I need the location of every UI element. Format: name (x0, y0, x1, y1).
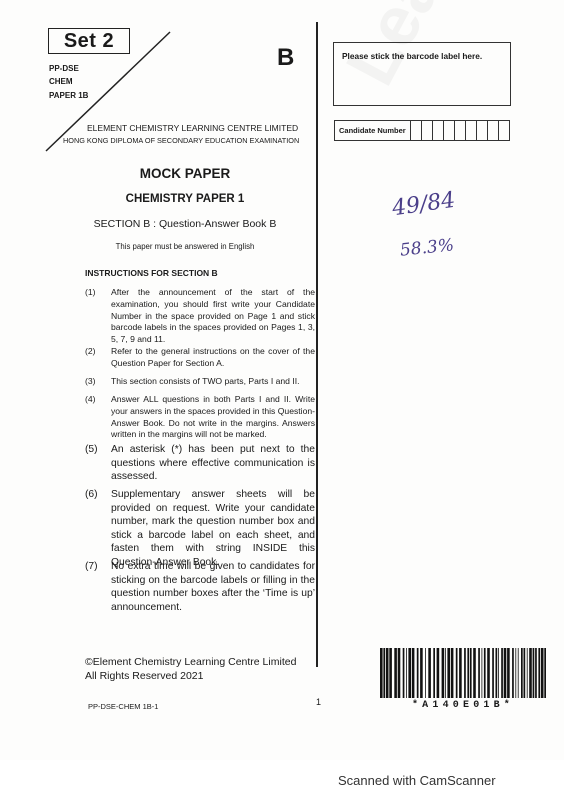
candidate-number-cell[interactable] (466, 121, 477, 140)
candidate-number-cell[interactable] (455, 121, 466, 140)
candidate-number-cell[interactable] (433, 121, 444, 140)
paper-code-footer: PP-DSE-CHEM 1B-1 (88, 702, 158, 711)
barcode-label-instruction: Please stick the barcode label here. (342, 51, 482, 61)
candidate-number-cell[interactable] (477, 121, 488, 140)
instruction-number: (6) (85, 488, 107, 502)
instruction-number: (4) (85, 394, 107, 406)
candidate-number-cell[interactable] (499, 121, 509, 140)
book-letter: B (277, 44, 294, 72)
instruction-text: An asterisk (*) has been put next to the… (111, 443, 315, 484)
exam-name: HONG KONG DIPLOMA OF SECONDARY EDUCATION… (63, 136, 299, 145)
instruction-text: Answer ALL questions in both Parts I and… (111, 394, 315, 441)
organisation-name: ELEMENT CHEMISTRY LEARNING CENTRE LIMITE… (87, 123, 298, 133)
handwritten-percent: 58.3% (399, 235, 455, 261)
instruction-item: (7) No extra time will be given to candi… (85, 560, 315, 614)
language-note: This paper must be answered in English (60, 242, 310, 251)
instruction-item: (5) An asterisk (*) has been put next to… (85, 443, 315, 484)
candidate-number-label: Candidate Number (335, 121, 411, 140)
instruction-text: Supplementary answer sheets will be prov… (111, 488, 315, 569)
instruction-item: (2) Refer to the general instructions on… (85, 346, 315, 370)
paper-title: CHEMISTRY PAPER 1 (60, 193, 310, 205)
instruction-item: (3) This section consists of TWO parts, … (85, 376, 315, 388)
instruction-number: (7) (85, 560, 107, 574)
instruction-number: (2) (85, 346, 107, 358)
copyright-line: ©Element Chemistry Learning Centre Limit… (85, 655, 296, 669)
candidate-number-cell[interactable] (422, 121, 433, 140)
candidate-number-field[interactable]: Candidate Number (334, 120, 510, 141)
barcode-text: *A140E01B* (380, 700, 546, 711)
instruction-number: (1) (85, 287, 107, 299)
instruction-text: This section consists of TWO parts, Part… (111, 376, 315, 388)
rights-line: All Rights Reserved 2021 (85, 669, 296, 683)
mock-paper-title: MOCK PAPER (60, 166, 310, 181)
section-title: SECTION B : Question-Answer Book B (60, 218, 310, 230)
candidate-number-cell[interactable] (411, 121, 422, 140)
instruction-number: (3) (85, 376, 107, 388)
exam-cover-page: Learning Set 2 PP-DSE CHEM PAPER 1B B EL… (0, 0, 564, 760)
candidate-number-cell[interactable] (488, 121, 499, 140)
margin-divider (316, 22, 318, 667)
instruction-number: (5) (85, 443, 107, 457)
instruction-item: (6) Supplementary answer sheets will be … (85, 488, 315, 569)
instruction-item: (4) Answer ALL questions in both Parts I… (85, 394, 315, 441)
instruction-text: Refer to the general instructions on the… (111, 346, 315, 370)
instruction-text: After the announcement of the start of t… (111, 287, 315, 346)
barcode-label-box[interactable]: Please stick the barcode label here. (333, 42, 511, 106)
instruction-text: No extra time will be given to candidate… (111, 560, 315, 614)
scanner-footer: Scanned with CamScanner (0, 760, 564, 799)
instructions-heading: INSTRUCTIONS FOR SECTION B (85, 268, 218, 278)
page-number: 1 (316, 697, 321, 707)
candidate-number-cell[interactable] (444, 121, 455, 140)
barcode-icon (380, 648, 546, 698)
instruction-item: (1) After the announcement of the start … (85, 287, 315, 346)
copyright-block: ©Element Chemistry Learning Centre Limit… (85, 655, 296, 683)
scanner-note: Scanned with CamScanner (338, 773, 496, 788)
